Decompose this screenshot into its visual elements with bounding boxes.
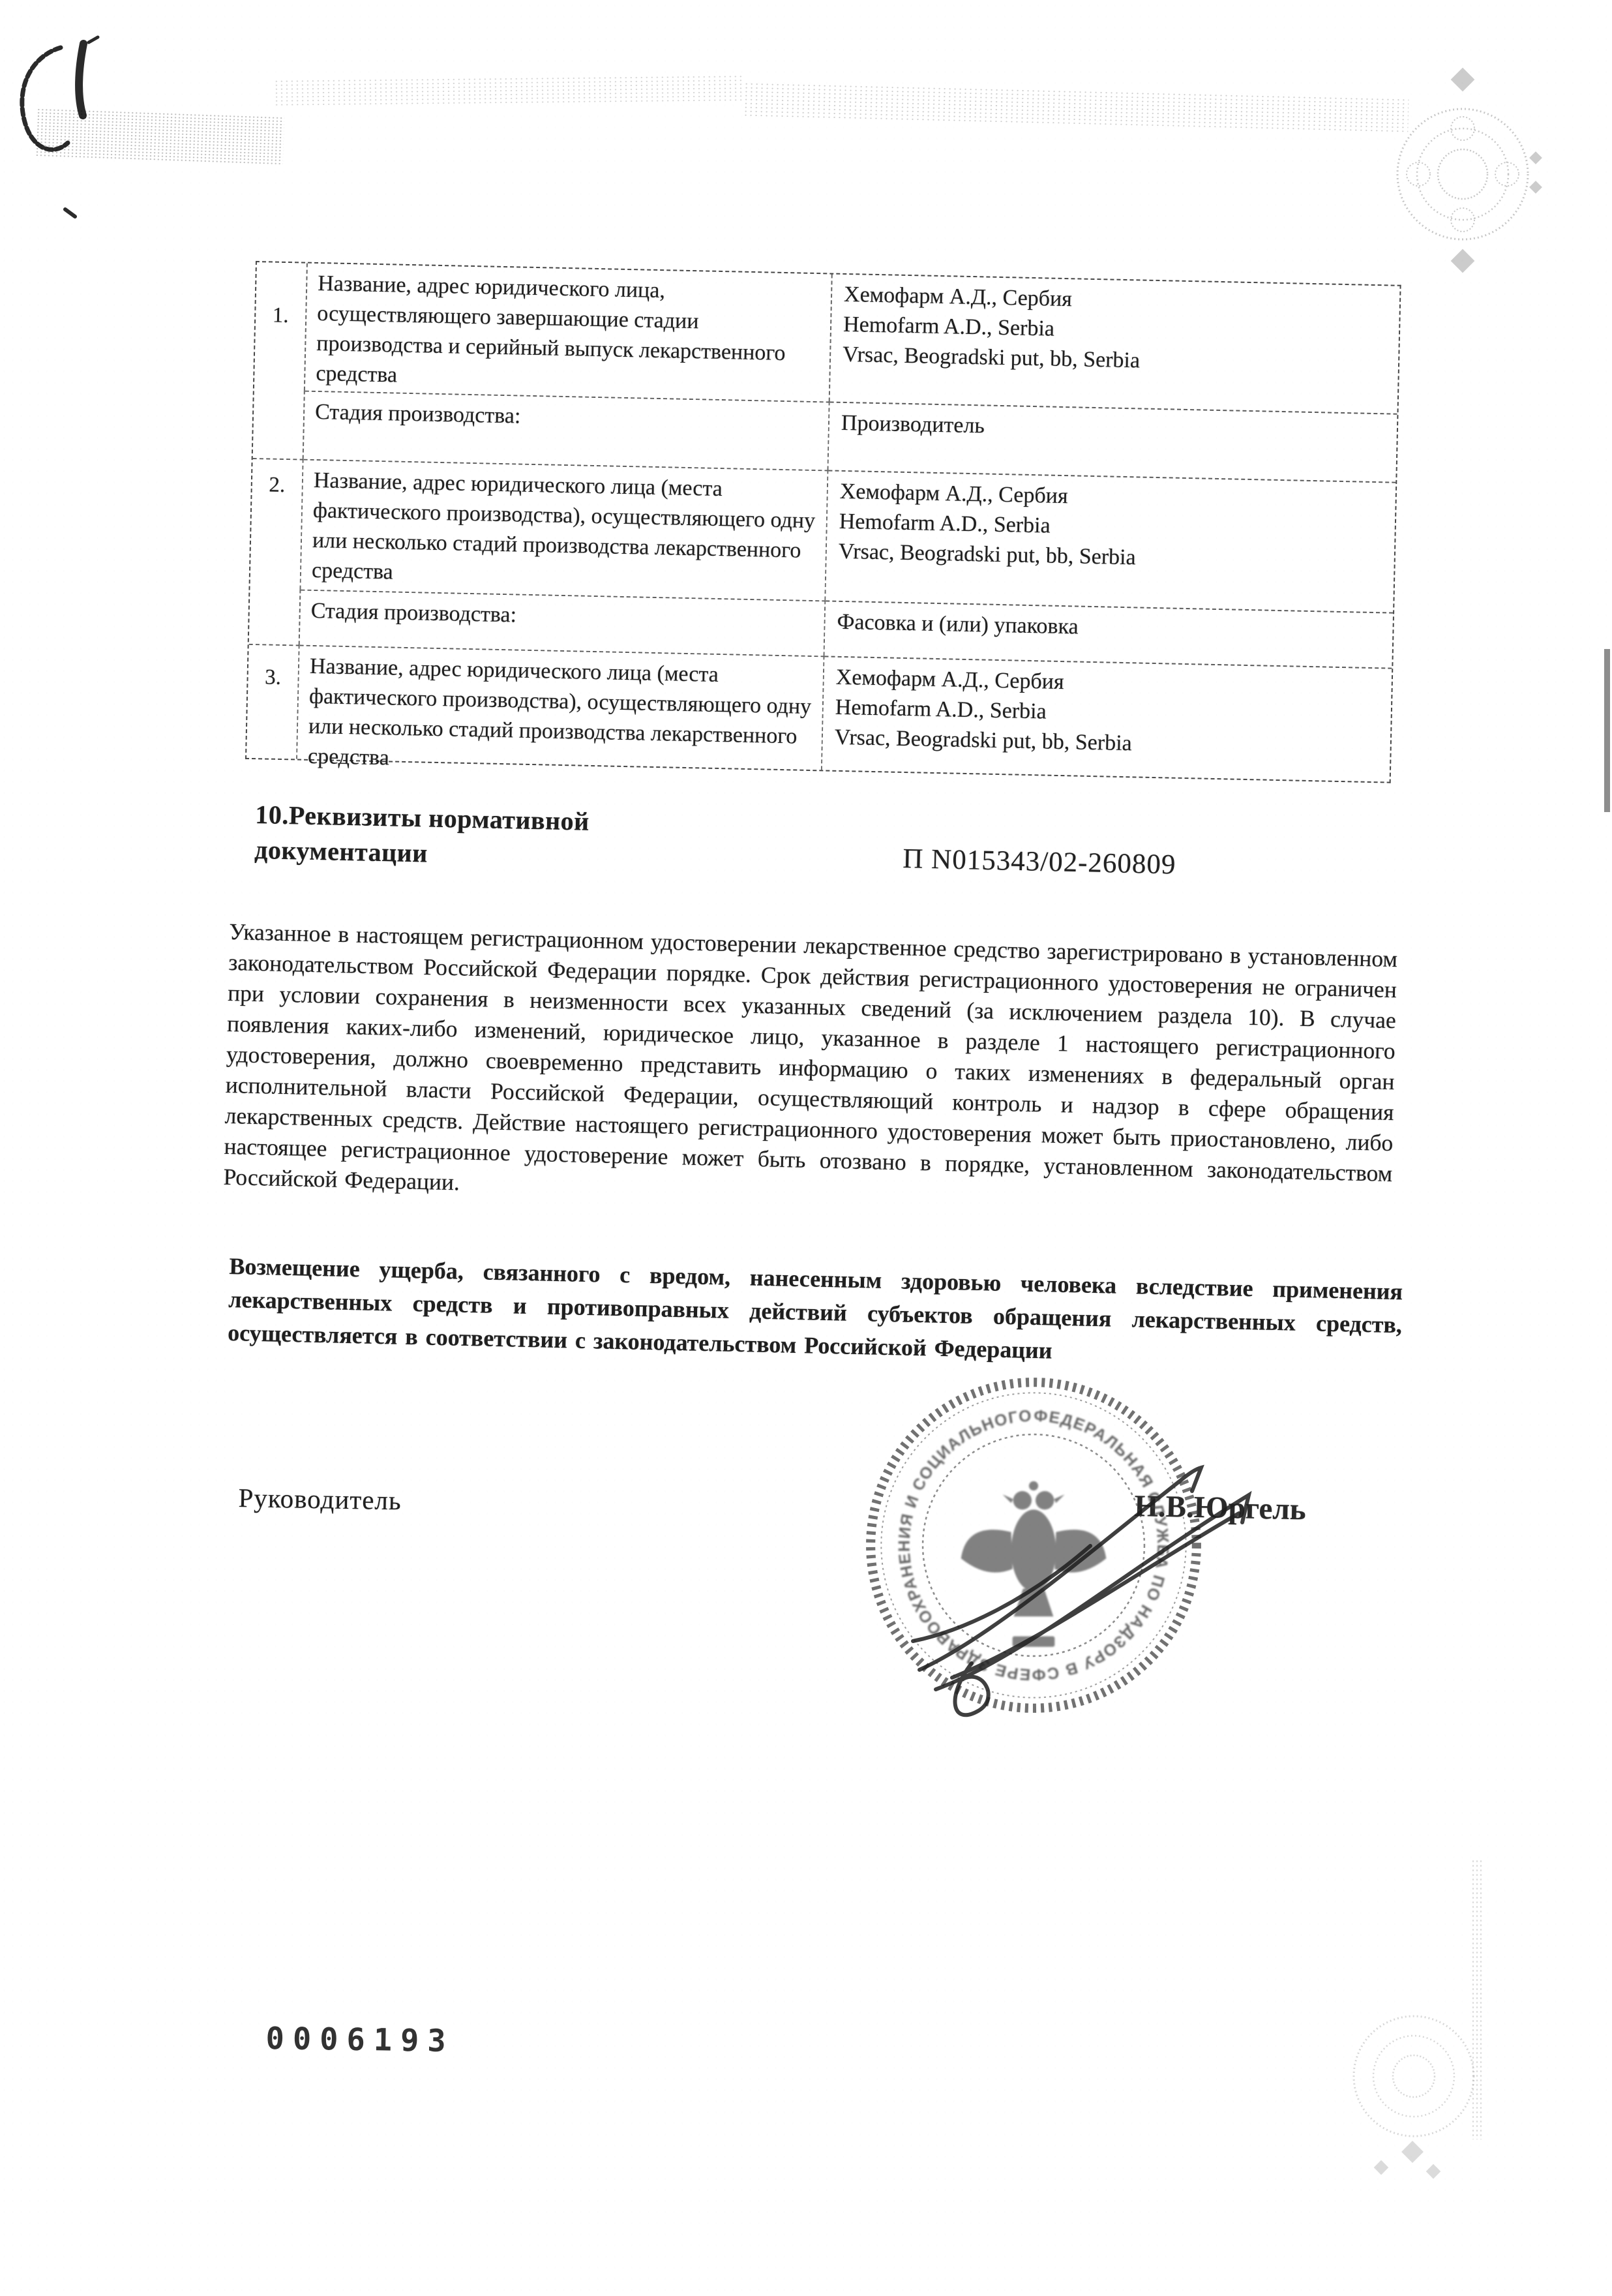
scan-noise-strip — [1471, 1859, 1482, 2139]
manufacturers-table: 1. Название, адрес юридического лица, ос… — [245, 261, 1401, 783]
form-serial-number: 0006193 — [265, 2021, 455, 2059]
watermark-rosette-icon — [1389, 62, 1545, 287]
row-number — [253, 389, 305, 459]
field-label: Название, адрес юридического лица (места… — [297, 645, 824, 770]
field-value: Хемофарм А.Д., Сербия Hemofarm A.D., Ser… — [826, 470, 1396, 612]
signatory-role-label: Руководитель — [238, 1482, 402, 1516]
registration-terms-paragraph: Указанное в настоящем регистрационном уд… — [223, 916, 1397, 1220]
scan-noise-strip — [274, 74, 743, 106]
field-value: Хемофарм А.Д., Сербия Hemofarm A.D., Ser… — [822, 656, 1392, 781]
table-row: 2. Название, адрес юридического лица (ме… — [250, 458, 1396, 612]
field-value: Производитель — [828, 401, 1397, 481]
registration-number: П N015343/02-260809 — [903, 843, 1176, 881]
row-number-text: 3. — [265, 645, 282, 693]
row-number: 3. — [246, 644, 300, 759]
damages-compensation-paragraph: Возмещение ущерба, связанного с вредом, … — [228, 1250, 1403, 1375]
row-number-text: 2. — [269, 460, 286, 501]
field-label: Название, адрес юридического лица (места… — [301, 459, 828, 601]
field-value: Хемофарм А.Д., Сербия Hemofarm A.D., Ser… — [830, 275, 1400, 414]
scanned-registration-certificate-page: 1. Название, адрес юридического лица, ос… — [0, 0, 1612, 2296]
row-number — [249, 588, 301, 645]
field-label: Название, адрес юридического лица, осуще… — [305, 264, 833, 402]
pen-mark — [5, 16, 142, 219]
scan-noise-strip — [743, 82, 1409, 132]
field-label: Стадия производства: — [304, 391, 830, 470]
scan-edge-mark — [1604, 649, 1610, 812]
section-10-heading: 10.Реквизиты нормативной документации — [254, 797, 673, 876]
value-line: Фасовка и (или) упаковка — [837, 607, 1386, 649]
row-number: 2. — [250, 458, 303, 590]
value-line: Производитель — [841, 408, 1391, 450]
row-number: 1. — [254, 262, 308, 391]
watermark-rosette-icon — [1345, 2006, 1495, 2201]
table-row: 3. Название, адрес юридического лица (ме… — [246, 644, 1392, 782]
signature-strokes — [874, 1383, 1278, 1722]
table-row: 1. Название, адрес юридического лица, ос… — [254, 262, 1400, 414]
row-number-text: 1. — [272, 263, 290, 331]
